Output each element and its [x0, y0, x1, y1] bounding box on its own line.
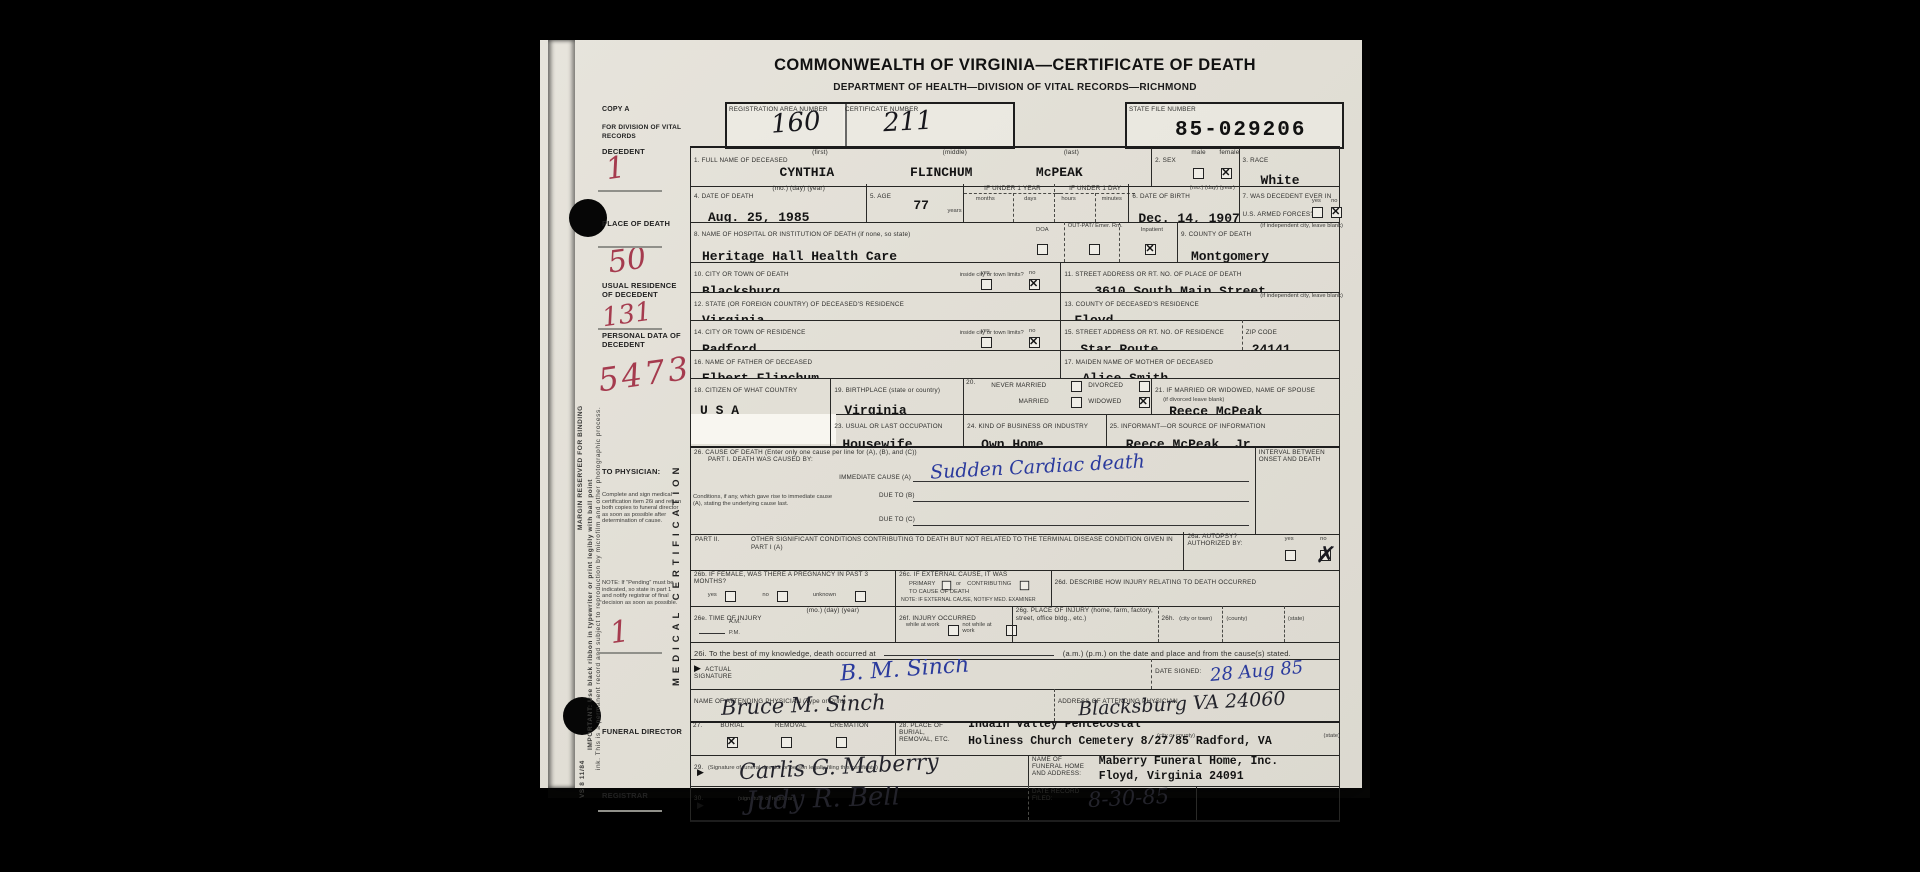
- field-death-limits: inside city or town limits? yes no: [957, 262, 1067, 292]
- never-married-checkbox: [1071, 381, 1082, 392]
- field-street-of-death: 11. STREET ADDRESS OR RT. NO. OF PLACE O…: [1060, 262, 1346, 292]
- pregnancy-yes-checkbox: [725, 591, 736, 602]
- last-label: (last): [1064, 149, 1079, 156]
- row-citizen-marital: 18. CITIZEN OF WHAT COUNTRY U S A 19. BI…: [690, 378, 1340, 415]
- state-file-number-box: STATE FILE NUMBER 85-029206: [1125, 102, 1344, 149]
- injury-city-label: (city or town): [1179, 616, 1212, 622]
- conditions-note: Conditions, if any, which gave rise to i…: [693, 494, 843, 507]
- injury-county-label: (county): [1226, 616, 1247, 622]
- death-limits-yes-label: yes: [981, 270, 990, 276]
- father-label: 16. NAME OF FATHER OF DECEASED: [694, 359, 812, 366]
- outpatient-label: OUT-PAT/ Emer. Rm.: [1068, 223, 1123, 229]
- document-title: COMMONWEALTH OF VIRGINIA—CERTIFICATE OF …: [690, 56, 1340, 75]
- field-residence-city: 14. CITY OR TOWN OF RESIDENCE Radford: [691, 320, 963, 350]
- row-pregnancy-external: 26b. IF FEMALE, WAS THERE A PREGNANCY IN…: [690, 570, 1340, 607]
- field-date-of-birth: 6. DATE OF BIRTH (mo.) (day) (year) Dec.…: [1128, 184, 1245, 222]
- field-statement: 26i. To the best of my knowledge, death …: [691, 642, 1345, 659]
- field-fd-signature: 29. (Signature of funeral director or pe…: [691, 755, 1034, 786]
- screenshot-canvas: MARGIN RESERVED FOR BINDING IMPORTANT: U…: [0, 0, 1920, 872]
- married-checkbox: [1071, 397, 1082, 408]
- copy-label: COPY A: [602, 106, 688, 115]
- days-label: days: [1024, 196, 1036, 202]
- field-county-of-death: 9. COUNTY OF DEATH (if independent city,…: [1177, 222, 1346, 262]
- mother-label: 17. MAIDEN NAME OF MOTHER OF DECEASED: [1064, 359, 1213, 366]
- hospital-value: Heritage Hall Health Care: [702, 249, 1018, 262]
- field-date-filed: DATE RECORD FILED: 8-30-85: [1028, 786, 1203, 820]
- industry-value: Own Home: [981, 437, 1110, 446]
- row-physician: NAME OF ATTENDING PHYSICIAN (Type or Pri…: [690, 689, 1340, 723]
- hours-label: hours: [1061, 196, 1076, 202]
- physician-name-value: Bruce M. Sinch: [720, 690, 885, 720]
- residence-limits-no-label: no: [1029, 328, 1035, 334]
- injury-time-label: 26e. TIME OF INJURY: [694, 615, 762, 622]
- field-full-name: 1. FULL NAME OF DECEASED (first) (middle…: [691, 148, 1157, 186]
- birthplace-value: Virginia: [844, 403, 967, 414]
- hospital-label: 8. NAME OF HOSPITAL OR INSTITUTION OF DE…: [694, 231, 910, 238]
- field-informant: 25. INFORMANT—OR SOURCE OF INFORMATION R…: [1106, 414, 1346, 446]
- citizen-value: U S A: [700, 403, 833, 414]
- pregnancy-yes-label: yes: [708, 592, 717, 598]
- city-of-death-value: Blacksburg: [702, 284, 960, 292]
- residence-county-label: 13. COUNTY OF DECEASED'S RESIDENCE: [1064, 301, 1199, 308]
- field-doa: DOA: [1015, 222, 1070, 262]
- due-to-b-label: DUE TO (B): [879, 492, 915, 499]
- fd-signature-value: Carlis G. Maberry: [738, 755, 939, 785]
- statement-label: 26i. To the best of my knowledge, death …: [694, 649, 876, 658]
- copy-for-label: FOR DIVISION OF VITAL RECORDS: [602, 124, 688, 141]
- field-date-of-death: 4. DATE OF DEATH (mo.) (day) (year) Aug.…: [691, 184, 872, 222]
- death-certificate-document: MARGIN RESERVED FOR BINDING IMPORTANT: U…: [540, 40, 1362, 788]
- field-registrar-signature: 30. (signature of registrar) Judy R. Bel…: [691, 786, 1034, 820]
- field-city-of-death: 10. CITY OR TOWN OF DEATH Blacksburg: [691, 262, 963, 292]
- field-armed-forces: 7. WAS DECEDENT EVER IN U.S. ARMED FORCE…: [1239, 184, 1346, 222]
- field-physician-address: ADDRESS OF ATTENDING PHYSICIAN Blacksbur…: [1054, 689, 1346, 721]
- date-of-death-sublabels: (mo.) (day) (year): [772, 185, 825, 192]
- row-registrar: 30. (signature of registrar) Judy R. Bel…: [690, 786, 1340, 822]
- forces-no-label: no: [1331, 198, 1337, 204]
- county-of-death-value: Montgomery: [1191, 249, 1343, 262]
- disposition-number: 27.: [693, 722, 702, 729]
- forces-no-checkbox: [1331, 207, 1342, 218]
- sex-label: 2. SEX: [1155, 157, 1176, 164]
- married-label: MARRIED: [1018, 398, 1048, 405]
- interval-label: INTERVAL BETWEEN ONSET AND DEATH: [1259, 449, 1343, 463]
- field-cause-part1: 26. CAUSE OF DEATH (Enter only one cause…: [691, 448, 1261, 534]
- cause-label: 26. CAUSE OF DEATH (Enter only one cause…: [694, 449, 917, 456]
- field-citizen: 18. CITIZEN OF WHAT COUNTRY U S A: [691, 378, 836, 414]
- to-cause-label: TO CAUSE OF DEATH: [909, 589, 969, 595]
- field-residence-limits: inside city or town limits? yes no: [957, 320, 1067, 350]
- sex-male-label: male: [1191, 149, 1205, 156]
- field-father: 16. NAME OF FATHER OF DECEASED Elbert Fl…: [691, 350, 1066, 378]
- race-label: 3. RACE: [1243, 157, 1269, 164]
- row-funeral-director: 29. (Signature of funeral director or pe…: [690, 755, 1340, 787]
- residence-county-value: Floyd: [1074, 313, 1343, 320]
- mother-value: Alice Smith: [1082, 371, 1343, 378]
- injury-loc-number: 26h.: [1162, 615, 1175, 622]
- industry-label: 24. KIND OF BUSINESS OR INDUSTRY: [967, 423, 1088, 430]
- informant-value: Reece McPeak, Jr.: [1126, 437, 1343, 446]
- field-physician-name: NAME OF ATTENDING PHYSICIAN (Type or Pri…: [691, 689, 1060, 721]
- full-name-label: 1. FULL NAME OF DECEASED: [694, 157, 788, 164]
- field-birthplace: 19. BIRTHPLACE (state or country) Virgin…: [830, 378, 970, 414]
- field-zip: ZIP CODE 24141: [1242, 320, 1346, 350]
- doa-checkbox: [1037, 244, 1048, 255]
- funeral-home-line2: Floyd, Virginia 24091: [1099, 770, 1244, 783]
- certificate-number-value: 211: [882, 106, 933, 139]
- residence-state-value: Virginia: [702, 313, 1063, 320]
- field-part2: PART II. OTHER SIGNIFICANT CONDITIONS CO…: [691, 532, 1189, 570]
- registration-area-number-box: REGISTRATION AREA NUMBER 160: [725, 102, 847, 149]
- section-registrar: REGISTRAR: [602, 792, 688, 801]
- last-name-value: McPEAK: [1036, 165, 1083, 180]
- field-if-under-1-year: IF UNDER 1 YEAR months days: [963, 184, 1061, 222]
- divorced-label: DIVORCED: [1088, 382, 1123, 389]
- row-hospital: 8. NAME OF HOSPITAL OR INSTITUTION OF DE…: [690, 222, 1340, 263]
- under-1-year-label: IF UNDER 1 YEAR: [967, 185, 1058, 192]
- registrar-signature-value: Judy R. Bell: [745, 786, 900, 817]
- red-annotation-1-top: 1: [604, 153, 627, 185]
- burial-place-line2: Holiness Church Cemetery 8/27/85 Radford…: [968, 735, 1272, 748]
- row-residence-state: 12. STATE (OR FOREIGN COUNTRY) OF DECEAS…: [690, 292, 1340, 321]
- field-injury-state: (state): [1284, 606, 1346, 642]
- middle-name-value: FLINCHUM: [910, 165, 972, 180]
- pm-label: P.M.: [729, 630, 740, 636]
- burial-state-hint: (state): [1324, 733, 1340, 739]
- row-signature: ACTUAL SIGNATURE B. M. Sinch DATE SIGNED…: [690, 659, 1340, 690]
- age-value: 77: [913, 198, 929, 213]
- field-residence-county: 13. COUNTY OF DECEASED'S RESIDENCE (if i…: [1060, 292, 1346, 320]
- date-filed-label: DATE RECORD FILED:: [1032, 788, 1082, 802]
- row-full-name: 1. FULL NAME OF DECEASED (first) (middle…: [690, 146, 1340, 187]
- section-to-physician: TO PHYSICIAN:: [602, 468, 688, 477]
- date-of-birth-value: Dec. 14, 1907: [1138, 211, 1242, 222]
- residence-city-value: Radford: [702, 342, 960, 350]
- row-statement: 26i. To the best of my knowledge, death …: [690, 642, 1340, 660]
- county-of-death-label: 9. COUNTY OF DEATH: [1181, 231, 1251, 238]
- red-annotation-1-bottom: 1: [608, 617, 631, 649]
- document-subtitle: DEPARTMENT OF HEALTH—DIVISION OF VITAL R…: [690, 82, 1340, 93]
- section-personal-data: PERSONAL DATA OF DECEDENT: [602, 332, 688, 349]
- age-unit-label: years: [947, 208, 961, 214]
- date-of-birth-sublabels: (mo.) (day) (year): [1190, 185, 1235, 191]
- actual-signature-label: ACTUAL SIGNATURE: [694, 665, 754, 680]
- date-of-death-value: Aug. 25, 1985: [708, 210, 869, 222]
- death-limits-label: inside city or town limits?: [960, 272, 1024, 278]
- occupation-label: 23. USUAL OR LAST OCCUPATION: [834, 423, 942, 430]
- part2-number-label: PART II.: [695, 536, 720, 543]
- marital-number-label: 20.: [966, 379, 975, 386]
- autopsy-no-checkbox: [1320, 550, 1331, 561]
- citizen-label: 18. CITIZEN OF WHAT COUNTRY: [694, 387, 797, 394]
- autopsy-yes-label: yes: [1285, 536, 1294, 542]
- field-external-cause: 26c. IF EXTERNAL CAUSE, IT WAS PRIMARY o…: [895, 570, 1058, 606]
- funeral-home-label: NAME OF FUNERAL HOME AND ADDRESS:: [1032, 756, 1090, 777]
- street-of-death-label: 11. STREET ADDRESS OR RT. NO. OF PLACE O…: [1064, 271, 1241, 278]
- field-injury-time: 26e. TIME OF INJURY (mo.) (day) (year) A…: [691, 606, 901, 642]
- whiteout-patch: [691, 414, 836, 444]
- divorced-checkbox: [1139, 381, 1150, 392]
- injury-place-label: 26g. PLACE OF INJURY (home, farm, factor…: [1016, 607, 1162, 622]
- burial-place-label: 28. PLACE OF BURIAL, REMOVAL, ETC.: [899, 722, 959, 743]
- funeral-home-line1: Maberry Funeral Home, Inc.: [1099, 755, 1278, 768]
- margin-important-text-1: IMPORTANT: Use black ribbon in typewrite…: [587, 210, 594, 750]
- field-interval: INTERVAL BETWEEN ONSET AND DEATH: [1255, 448, 1346, 534]
- cremation-label: CREMATION: [830, 722, 869, 729]
- burial-label: BURIAL: [720, 722, 744, 729]
- field-injury-occurred: 26f. INJURY OCCURRED while at work not w…: [895, 606, 1019, 642]
- certificate-number-box: CERTIFICATE NUMBER 211: [843, 102, 1015, 149]
- field-injury-description: 26d. DESCRIBE HOW INJURY RELATING TO DEA…: [1051, 570, 1346, 606]
- row-parents: 16. NAME OF FATHER OF DECEASED Elbert Fl…: [690, 350, 1340, 379]
- field-spouse: 21. IF MARRIED OR WIDOWED, NAME OF SPOUS…: [1151, 378, 1346, 414]
- spouse-hint: (if divorced leave blank): [1163, 397, 1343, 403]
- widowed-label: WIDOWED: [1088, 398, 1121, 405]
- outpatient-checkbox: [1089, 244, 1100, 255]
- inpatient-label: Inpatient: [1123, 227, 1181, 233]
- birthplace-label: 19. BIRTHPLACE (state or country): [834, 387, 940, 394]
- while-at-work-label: while at work: [906, 622, 948, 628]
- injury-occurred-label: 26f. INJURY OCCURRED: [899, 615, 976, 622]
- statement-tail: (a.m.) (p.m.) on the date and place and …: [1063, 649, 1291, 658]
- autopsy-yes-checkbox: [1285, 550, 1296, 561]
- informant-label: 25. INFORMANT—OR SOURCE OF INFORMATION: [1110, 423, 1266, 430]
- or-label: or: [956, 581, 961, 587]
- injury-description-label: 26d. DESCRIBE HOW INJURY RELATING TO DEA…: [1055, 579, 1257, 586]
- residence-limits-no-checkbox: [1029, 337, 1040, 348]
- field-industry: 24. KIND OF BUSINESS OR INDUSTRY Own Hom…: [963, 414, 1113, 446]
- father-value: Elbert Flinchum: [702, 371, 1063, 378]
- burial-checkbox: [727, 737, 738, 748]
- row-residence-city: 14. CITY OR TOWN OF RESIDENCE Radford in…: [690, 320, 1340, 351]
- row-disposition: 27. BURIAL REMOVAL CREMATION 28. PLACE O…: [690, 721, 1340, 756]
- field-hospital: 8. NAME OF HOSPITAL OR INSTITUTION OF DE…: [691, 222, 1021, 262]
- external-note: NOTE: IF EXTERNAL CAUSE, NOTIFY MED. EXA…: [901, 597, 1036, 603]
- section-place-of-death: PLACE OF DEATH: [602, 220, 688, 229]
- registration-area-number-value: 160: [770, 106, 822, 139]
- county-of-death-hint: (if independent city, leave blank): [1260, 223, 1343, 229]
- field-disposition: 27. BURIAL REMOVAL CREMATION: [691, 721, 901, 755]
- medical-certification-vertical-label: MEDICAL CERTIFICATION: [671, 448, 682, 686]
- field-sex: 2. SEX male female: [1151, 148, 1245, 186]
- street-of-death-value: 3610 South Main Street: [1094, 284, 1343, 292]
- field-pregnancy: 26b. IF FEMALE, WAS THERE A PREGNANCY IN…: [691, 570, 901, 606]
- row-occupation: 23. USUAL OR LAST OCCUPATION Housewife 2…: [690, 414, 1340, 447]
- row-cause-of-death: 26. CAUSE OF DEATH (Enter only one cause…: [690, 446, 1340, 535]
- months-label: months: [976, 196, 995, 202]
- row-injury-details: 26e. TIME OF INJURY (mo.) (day) (year) A…: [690, 606, 1340, 643]
- residence-limits-label: inside city or town limits?: [960, 330, 1024, 336]
- contributing-checkbox: [1020, 581, 1029, 590]
- age-label: 5. AGE: [870, 193, 891, 200]
- field-residence-state: 12. STATE (OR FOREIGN COUNTRY) OF DECEAS…: [691, 292, 1066, 320]
- sex-male-checkbox: [1193, 168, 1204, 179]
- zip-label: ZIP CODE: [1246, 329, 1277, 336]
- row-part2-autopsy: PART II. OTHER SIGNIFICANT CONDITIONS CO…: [690, 532, 1340, 571]
- field-burial-place: 28. PLACE OF BURIAL, REMOVAL, ETC. (city…: [895, 721, 1346, 755]
- death-limits-no-label: no: [1029, 270, 1035, 276]
- forces-yes-label: yes: [1312, 198, 1321, 204]
- removal-label: REMOVAL: [775, 722, 807, 729]
- am-label: A.M.: [729, 619, 741, 625]
- date-of-birth-label: 6. DATE OF BIRTH: [1132, 193, 1190, 200]
- residence-street-value: Star Route: [1080, 342, 1245, 350]
- field-registrar-blank: [1196, 786, 1346, 820]
- injury-time-sublabels: (mo.) (day) (year): [807, 607, 860, 614]
- state-file-number-label: STATE FILE NUMBER: [1127, 104, 1342, 115]
- row-dates: 4. DATE OF DEATH (mo.) (day) (year) Aug.…: [690, 184, 1340, 223]
- field-blank-22: [691, 414, 836, 446]
- residence-city-label: 14. CITY OR TOWN OF RESIDENCE: [694, 329, 805, 336]
- spouse-label: 21. IF MARRIED OR WIDOWED, NAME OF SPOUS…: [1155, 387, 1315, 394]
- not-while-at-work-label: not while at work: [962, 622, 1004, 634]
- field-injury-city: 26h. (city or town): [1158, 606, 1230, 642]
- physician-address-value: Blacksburg VA 24060: [1078, 689, 1286, 720]
- doa-label: DOA: [1018, 227, 1067, 233]
- date-signed-value: 28 Aug 85: [1210, 659, 1305, 686]
- margin-binding-text: MARGIN RESERVED FOR BINDING: [577, 230, 584, 530]
- red-annotation-50: 50: [606, 243, 648, 278]
- sex-female-label: female: [1219, 149, 1239, 156]
- section-funeral-director: FUNERAL DIRECTOR: [602, 728, 688, 737]
- field-mother: 17. MAIDEN NAME OF MOTHER OF DECEASED Al…: [1060, 350, 1346, 378]
- margin-important-text-2: ink. This is a permanent record and subj…: [595, 190, 602, 770]
- pregnancy-unknown-label: unknown: [813, 592, 836, 598]
- red-annotation-5473: 5473: [596, 352, 693, 397]
- date-signed-label: DATE SIGNED:: [1155, 668, 1201, 675]
- city-of-death-label: 10. CITY OR TOWN OF DEATH: [694, 271, 789, 278]
- fd-arrow: [697, 769, 708, 777]
- green-binding-strip: [548, 40, 575, 788]
- while-at-work-checkbox: [948, 625, 959, 636]
- field-if-under-1-day: IF UNDER 1 DAY hours minutes: [1054, 184, 1136, 222]
- autopsy-label: 26a. AUTOPSY? AUTHORIZED BY:: [1187, 533, 1257, 547]
- residence-state-label: 12. STATE (OR FOREIGN COUNTRY) OF DECEAS…: [694, 301, 904, 308]
- removal-checkbox: [781, 737, 792, 748]
- field-autopsy: 26a. AUTOPSY? AUTHORIZED BY: yes no: [1183, 532, 1346, 570]
- field-injury-county: (county): [1222, 606, 1291, 642]
- occupation-value: Housewife: [842, 437, 967, 446]
- field-funeral-home: NAME OF FUNERAL HOME AND ADDRESS: Maberr…: [1028, 755, 1346, 786]
- contributing-label: CONTRIBUTING: [967, 581, 1011, 587]
- immediate-cause-label: IMMEDIATE CAUSE (A): [839, 474, 911, 481]
- pending-note: NOTE: If “Pending” must be indicated, so…: [602, 580, 682, 606]
- first-label: (first): [812, 149, 828, 156]
- residence-limits-yes-checkbox: [981, 337, 992, 348]
- field-actual-signature: ACTUAL SIGNATURE B. M. Sinch: [691, 659, 1157, 689]
- physician-signature-value: B. M. Sinch: [839, 659, 970, 686]
- physician-note: Complete and sign medical certification …: [602, 492, 682, 525]
- zip-value: 24141: [1252, 342, 1343, 350]
- under-1-day-label: IF UNDER 1 DAY: [1058, 185, 1133, 192]
- residence-street-label: 15. STREET ADDRESS OR RT. NO. OF RESIDEN…: [1064, 329, 1224, 336]
- never-married-label: NEVER MARRIED: [991, 382, 1046, 389]
- field-outpatient: OUT-PAT/ Emer. Rm.: [1064, 222, 1126, 262]
- first-name-value: CYNTHIA: [780, 165, 835, 180]
- injury-state-label: (state): [1288, 616, 1304, 622]
- sex-female-checkbox: [1221, 168, 1232, 179]
- date-of-death-label: 4. DATE OF DEATH: [694, 193, 754, 200]
- death-limits-no-checkbox: [1029, 279, 1040, 290]
- state-file-number-value: 85-029206: [1175, 119, 1306, 142]
- residence-limits-yes-label: yes: [981, 328, 990, 334]
- middle-label: (middle): [943, 149, 967, 156]
- registrar-arrow: [697, 802, 708, 810]
- forces-yes-checkbox: [1312, 207, 1323, 218]
- pregnancy-no-checkbox: [777, 591, 788, 602]
- field-inpatient: Inpatient: [1119, 222, 1184, 262]
- field-date-signed: DATE SIGNED: 28 Aug 85: [1151, 659, 1346, 689]
- field-age: 5. AGE 77 years: [866, 184, 970, 222]
- field-injury-place: 26g. PLACE OF INJURY (home, farm, factor…: [1012, 606, 1165, 642]
- residence-county-hint: (if independent city, leave blank): [1260, 293, 1343, 299]
- burial-place-line1: Indain Valley Pentecostal: [968, 721, 1141, 731]
- part2-text: OTHER SIGNIFICANT CONDITIONS CONTRIBUTIN…: [751, 536, 1183, 551]
- pregnancy-label: 26b. IF FEMALE, WAS THERE A PREGNANCY IN…: [694, 571, 878, 585]
- minutes-label: minutes: [1102, 196, 1122, 202]
- pregnancy-no-label: no: [762, 592, 768, 598]
- due-to-c-label: DUE TO (C): [879, 516, 915, 523]
- widowed-checkbox: [1139, 397, 1150, 408]
- date-filed-value: 8-30-85: [1088, 786, 1170, 812]
- field-residence-street: 15. STREET ADDRESS OR RT. NO. OF RESIDEN…: [1060, 320, 1248, 350]
- field-race: 3. RACE White: [1239, 148, 1346, 186]
- death-limits-yes-checkbox: [981, 279, 992, 290]
- form-number: VS 8 11/84: [579, 728, 586, 798]
- red-annotation-131: 131: [600, 299, 653, 332]
- field-marital-status: 20. NEVER MARRIED DIVORCED MARRIED WIDOW…: [963, 378, 1158, 414]
- primary-label: PRIMARY: [909, 581, 935, 587]
- cremation-checkbox: [836, 737, 847, 748]
- inpatient-checkbox: [1145, 244, 1156, 255]
- pregnancy-unknown-checkbox: [855, 591, 866, 602]
- external-cause-label: 26c. IF EXTERNAL CAUSE, IT WAS: [899, 571, 1055, 578]
- field-occupation: 23. USUAL OR LAST OCCUPATION Housewife: [830, 414, 970, 446]
- spouse-value: Reece McPeak: [1169, 404, 1343, 414]
- row-city-of-death: 10. CITY OR TOWN OF DEATH Blacksburg ins…: [690, 262, 1340, 293]
